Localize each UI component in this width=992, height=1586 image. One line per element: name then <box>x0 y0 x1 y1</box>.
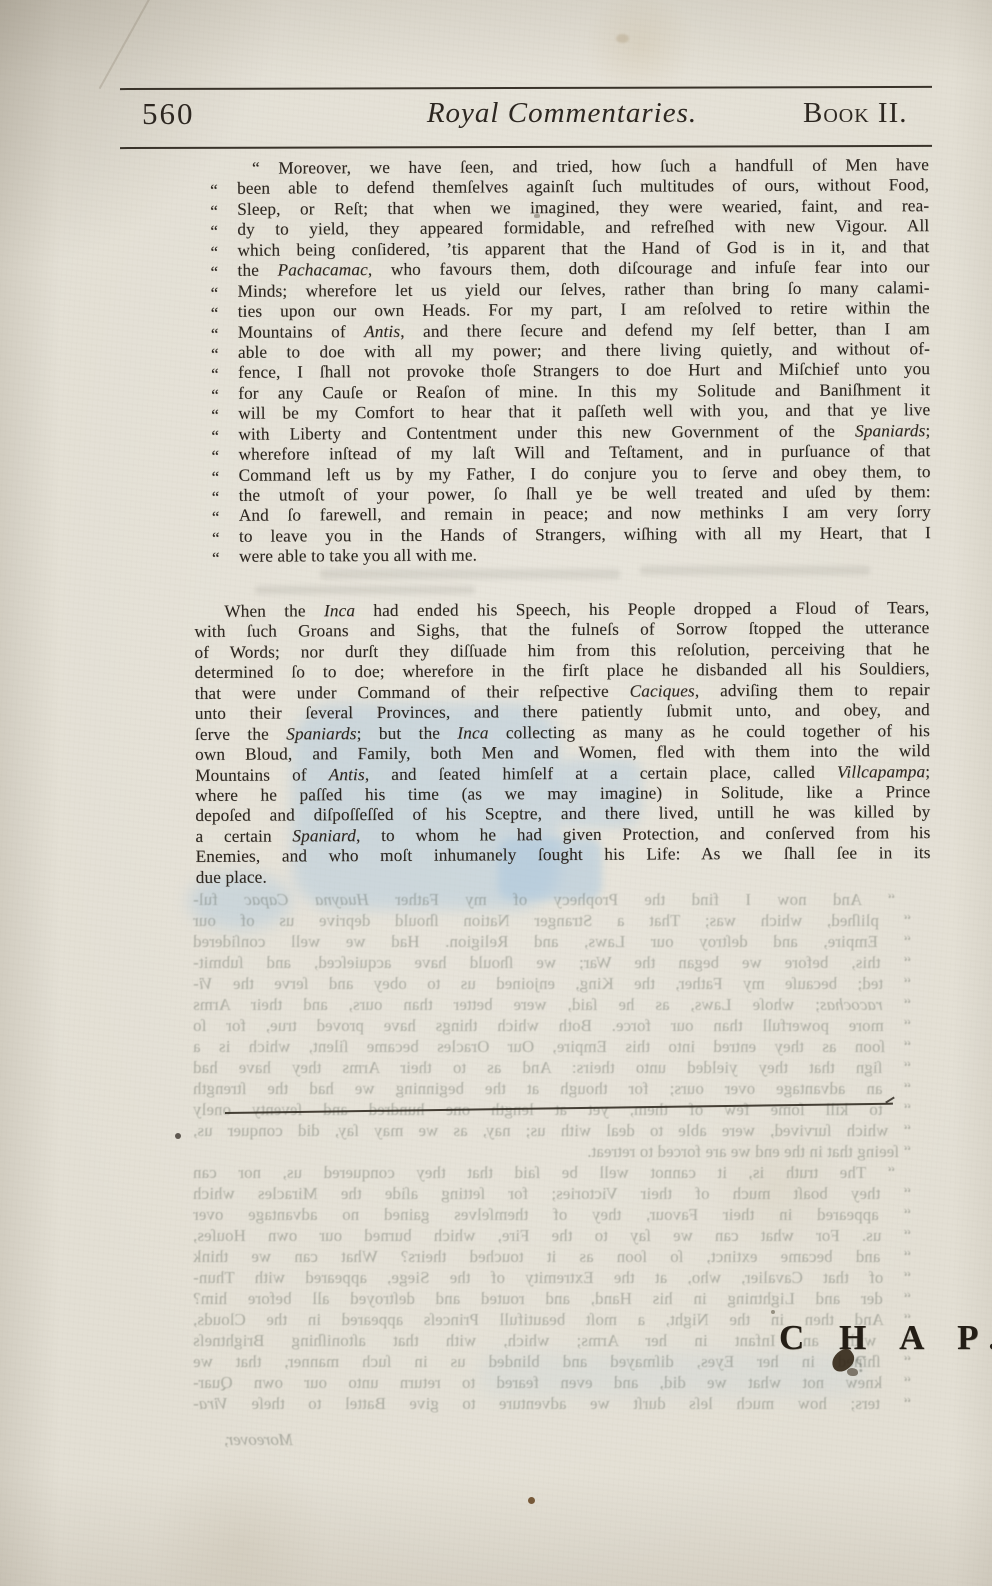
gutter-quote-mark: “ <box>210 243 218 263</box>
narrative-paragraph: When the Inca had ended his Speech, his … <box>194 598 930 888</box>
bleedthrough-line: “ Empire, and deſtroy our Laws, and Reli… <box>193 931 911 952</box>
bleed-smudge <box>640 566 870 575</box>
book-label: Book II. <box>803 97 908 130</box>
chapter-heading: C H A P. <box>779 1318 992 1358</box>
paper-speck <box>175 1133 181 1139</box>
gutter-quote-mark: “ <box>211 365 219 385</box>
bleedthrough-line: “ more powerfull than our force. Both wh… <box>193 1015 911 1036</box>
bleedthrough-line: “ us. For what can we ſay to the Fire, w… <box>193 1225 911 1246</box>
bleedthrough-line: “ ſeeing that in the end we are forced t… <box>193 1141 911 1162</box>
bleed-smudge <box>320 569 620 579</box>
gutter-quote-mark: “ <box>210 222 218 242</box>
bleedthrough-line: “ and became extinct, ſo ſoon as it touc… <box>193 1246 911 1267</box>
paper-speck <box>528 1497 535 1504</box>
header-rule-top <box>120 86 932 90</box>
running-title: Royal Commentaries. <box>427 97 697 130</box>
gutter-quote-mark: “ <box>210 181 218 201</box>
gutter-quote-mark: “ <box>212 508 220 528</box>
gutter-quote-mark: “ <box>211 386 219 406</box>
gutter-quote-mark: “ <box>211 406 219 426</box>
bleedthrough-line: “ this, before we began the War; we ſhou… <box>193 952 911 973</box>
page-number: 560 <box>142 96 195 132</box>
bleedthrough-line: “ ſoon as they entred into this Empire, … <box>193 1036 911 1057</box>
gutter-quote-mark: “ <box>210 263 218 283</box>
quoted-speech-block: “ Moreover, we have ſeen, and tried, how… <box>210 155 931 568</box>
bleedthrough-line: “ appeared in their Favour, they of them… <box>193 1204 911 1225</box>
bleedthrough-catchword: Moreover, <box>183 1430 293 1450</box>
paper-speck <box>534 214 540 218</box>
paper-speck <box>616 34 629 43</box>
bleed-smudge <box>255 586 475 594</box>
paper-speck <box>771 1310 775 1314</box>
bleedthrough-line: “ they boaſt much of their Victories; fo… <box>193 1183 911 1204</box>
paragraph-line: due place. <box>196 864 931 888</box>
gutter-quote-mark: “ <box>211 283 219 303</box>
bleedthrough-question-mark: ? <box>855 1352 866 1379</box>
gutter-quote-mark: “ <box>210 202 218 222</box>
gutter-quote-mark: “ <box>212 467 220 487</box>
book-page-scan: { "page": { "number": "560", "running_ti… <box>0 0 992 1586</box>
bleedthrough-line: “ der and Lightning in his Hand, and rou… <box>193 1288 911 1309</box>
gutter-quote-mark: “ <box>212 488 220 508</box>
bleedthrough-line: “ And now I find the Prophecy of my Fath… <box>193 889 911 910</box>
gutter-quote-mark: “ <box>211 304 219 324</box>
gutter-quote-mark: “ <box>211 345 219 365</box>
gutter-quote-mark: “ <box>212 549 220 569</box>
gutter-quote-mark: “ <box>211 427 219 447</box>
bleedthrough-line: “ knew not what we did, and even feared … <box>193 1372 911 1393</box>
gutter-quote-mark: “ <box>211 447 219 467</box>
bleedthrough-line: “ of that Cavalier, who, at the Extremit… <box>193 1267 911 1288</box>
speech-line: “were able to take you all with me. <box>239 543 931 567</box>
bleedthrough-line: “ The truth is, it cannot well be ſaid t… <box>193 1162 911 1183</box>
gutter-quote-mark: “ <box>211 324 219 344</box>
bleedthrough-line: “ racochas; whoſe Laws, as he ſaid, were… <box>193 994 911 1015</box>
bleedthrough-line: “ ters; how much leſs durſt we adventure… <box>193 1393 911 1414</box>
bleedthrough-line: “ ted; becauſe my Father, the King, enjo… <box>193 973 911 994</box>
bleedthrough-line: “ which ſurvived, were able to deal with… <box>193 1120 911 1141</box>
bleedthrough-line: “ to kill ſome few of them, yet at lengt… <box>193 1099 911 1120</box>
gutter-quote-mark: “ <box>212 529 220 549</box>
bleedthrough-line: “ pliſhed, which was; That a Stranger Na… <box>193 910 911 931</box>
header-rule-bottom <box>120 145 932 149</box>
bleedthrough-line: “ ſign that they yielded unto theirs: An… <box>193 1057 911 1078</box>
bleedthrough-line: “ an advantage over ours; for though at … <box>193 1078 911 1099</box>
page-crease <box>99 0 154 89</box>
